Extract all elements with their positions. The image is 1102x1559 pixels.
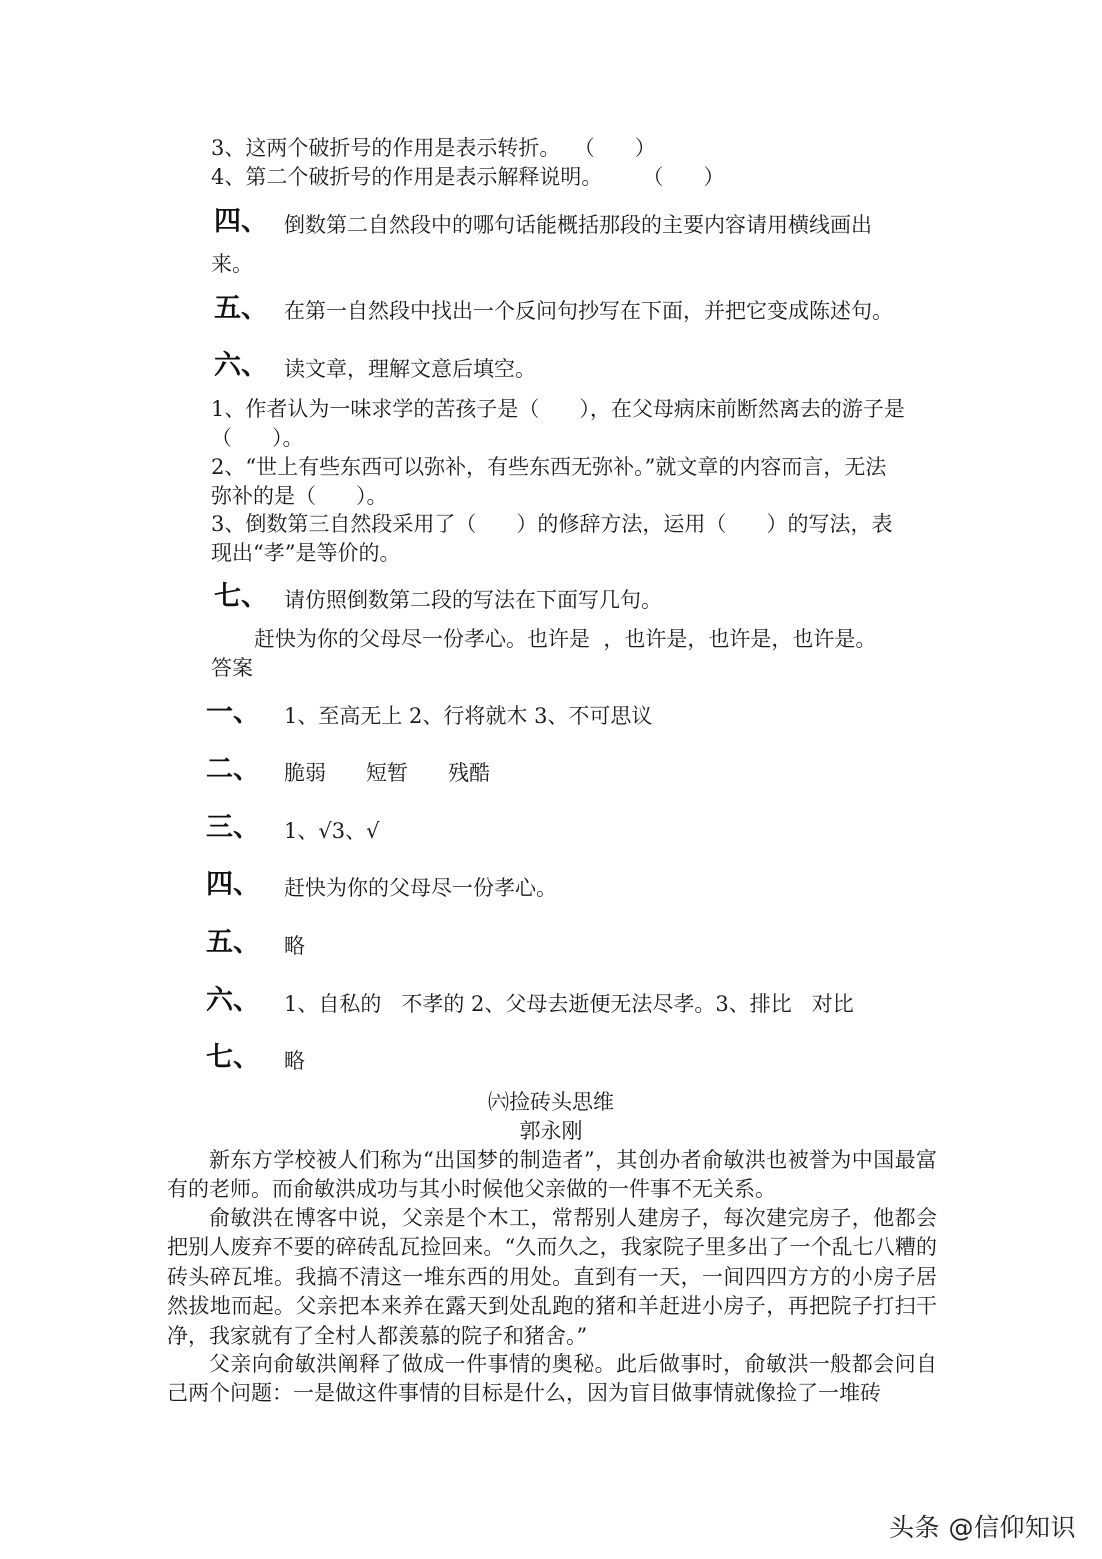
answer-5-text: 略: [284, 932, 305, 960]
answer-3-text: 1、√3、√: [284, 817, 379, 845]
answer-1-number: 一、: [206, 697, 260, 729]
q3-item-3: 3、这两个破折号的作用是表示转折。 （ ）: [211, 134, 656, 162]
article-paragraph: 父亲向俞敏洪阐释了做成一件事情的奥秘。此后做事时，俞敏洪一般都会问自己两个问题：…: [167, 1350, 937, 1409]
q3-item-4: 4、第二个破折号的作用是表示解释说明。 （ ）: [211, 163, 724, 191]
answer-7-text: 略: [284, 1047, 305, 1075]
q5-number: 五、: [214, 293, 268, 325]
answer-2-text: 脆弱 短暂 残酷: [284, 759, 490, 787]
q6-number: 六、: [214, 350, 268, 382]
answer-4-text: 赶快为你的父母尽一份孝心。: [284, 874, 557, 902]
q4-number: 四、: [214, 206, 268, 238]
q6-line: （ ）。: [211, 424, 304, 452]
answer-7-number: 七、: [206, 1042, 260, 1074]
answer-5-number: 五、: [206, 927, 260, 959]
q4-text: 倒数第二自然段中的哪句话能概括那段的主要内容请用横线画出: [284, 211, 872, 239]
q5-text: 在第一自然段中找出一个反问句抄写在下面，并把它变成陈述句。: [284, 297, 893, 325]
q7-number: 七、: [214, 581, 268, 613]
answer-6-number: 六、: [206, 985, 260, 1017]
q6-line: 2、“世上有些东西可以弥补，有些东西无弥补。”就文章的内容而言，无法: [211, 453, 886, 481]
q7-text: 请仿照倒数第二段的写法在下面写几句。: [284, 586, 662, 614]
q6-text: 读文章，理解文意后填空。: [284, 355, 536, 383]
q6-line: 弥补的是（ ）。: [211, 482, 388, 510]
q6-line: 3、倒数第三自然段采用了（ ）的修辞方法，运用（ ）的写法，表: [211, 510, 892, 538]
answer-4-number: 四、: [206, 869, 260, 901]
q6-line: 现出“孝”是等价的。: [211, 539, 400, 567]
q4-text-cont: 来。: [211, 250, 253, 278]
answer-3-number: 三、: [206, 812, 260, 844]
article-author: 郭永刚: [0, 1117, 1102, 1145]
answer-6-text: 1、自私的 不孝的 2、父母去逝便无法尽孝。3、排比 对比: [284, 990, 854, 1018]
q7-example: 赶快为你的父母尽一份孝心。也许是 ，也许是，也许是，也许是。: [254, 625, 876, 653]
article-paragraph: 新东方学校被人们称为“出国梦的制造者”，其创办者俞敏洪也被誉为中国最富有的老师。…: [167, 1146, 937, 1205]
article-title: ㈥捡砖头思维: [0, 1088, 1102, 1116]
q6-line: 1、作者认为一味求学的苦孩子是（ ），在父母病床前断然离去的游子是: [211, 395, 905, 423]
article-paragraph: 俞敏洪在博客中说，父亲是个木工，常帮别人建房子，每次建完房子，他都会把别人废弃不…: [167, 1204, 937, 1351]
answers-title: 答案: [211, 654, 253, 682]
watermark: 头条 @信仰知识: [889, 1508, 1076, 1544]
answer-2-number: 二、: [206, 754, 260, 786]
answer-1-text: 1、至高无上 2、行将就木 3、不可思议: [284, 702, 652, 730]
